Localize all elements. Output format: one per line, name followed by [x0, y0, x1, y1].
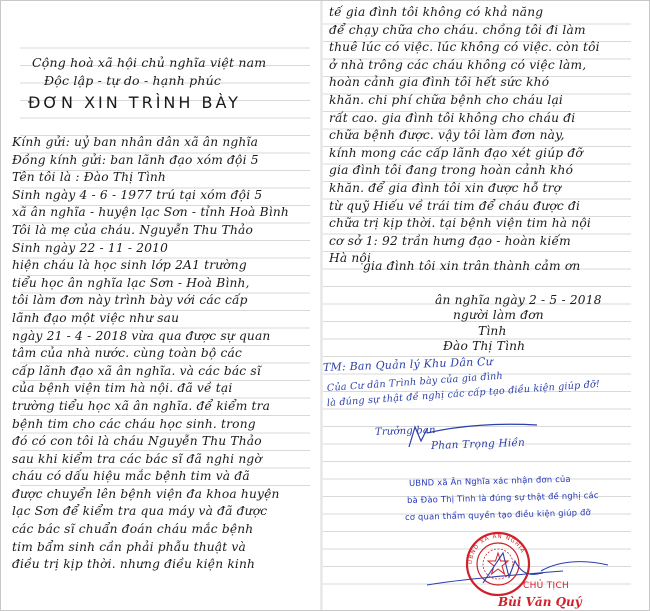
text-line: tim bẩm sinh cần phải phẫu thuật và	[12, 539, 289, 557]
text-line: để chạy chữa cho cháu. chồng tôi đi làm	[329, 22, 600, 40]
text-line: cháu có dấu hiệu mắc bệnh tim và đã	[12, 468, 289, 486]
text-line: tâm của nhà nước. cùng toàn bộ các	[12, 345, 289, 363]
country-name-line: Cộng hoà xã hội chủ nghĩa việt nam	[32, 54, 266, 72]
text-line: các bác sĩ chuẩn đoán cháu mắc bệnh	[12, 521, 289, 539]
text-line: chữa trị kịp thời. tại bệnh viện tim hà …	[329, 215, 600, 233]
text-line: điều trị kịp thời. nhưng điều kiện kinh	[12, 556, 289, 574]
text-line: xã ân nghĩa - huyện lạc Sơn - tỉnh Hoà B…	[12, 204, 289, 222]
text-line: ngày 21 - 4 - 2018 vừa qua được sự quan	[12, 328, 289, 346]
text-line: gia đình tôi đang trong hoàn cảnh khó	[329, 162, 600, 180]
text-line: bệnh tim cho các cháu học sinh. trong	[12, 416, 289, 434]
text-line: cấp lãnh đạo xã ân nghĩa. và các bác sĩ	[12, 363, 289, 381]
text-line: cơ sở 1: 92 trần hưng đạo - hoàn kiếm	[329, 233, 600, 251]
text-line: của bệnh viện tim hà nội. đã về tại	[12, 380, 289, 398]
text-line: chữa bệnh được. vậy tôi làm đơn này,	[329, 127, 600, 145]
applicant-name: Đào Thị Tình	[443, 338, 525, 356]
text-line: Tôi là mẹ của cháu. Nguyễn Thu Thảo	[12, 222, 289, 240]
text-line: Đồng kính gửi: ban lãnh đạo xóm đội 5	[12, 152, 289, 170]
text-line: Sinh ngày 22 - 11 - 2010	[12, 240, 289, 258]
text-line: Sinh ngày 4 - 6 - 1977 trú tại xóm đội 5	[12, 187, 289, 205]
text-line: khăn. chi phí chữa bệnh cho cháu lại	[329, 92, 600, 110]
text-line: hiện cháu là học sinh lớp 2A1 trường	[12, 257, 289, 275]
closing-thanks: gia đình tôi xin trân thành cảm ơn	[363, 258, 580, 276]
text-line: hoàn cảnh gia đình tôi hết sức khó	[329, 74, 600, 92]
commune-confirmation: UBND xã Ân Nghĩa xác nhận đơn của bà Đào…	[409, 475, 599, 526]
motto-line: Độc lập - tự do - hạnh phúc	[44, 72, 266, 90]
right-body-text: tế gia đình tôi không có khả năngđể chạy…	[329, 4, 600, 268]
left-page: Cộng hoà xã hội chủ nghĩa việt nam Độc l…	[2, 1, 320, 610]
text-line: Tên tôi là : Đào Thị Tình	[12, 169, 289, 187]
text-line: từ quỹ Hiếu về trái tim để cháu được đi	[329, 198, 600, 216]
text-line: kính mong các cấp lãnh đạo xét giúp đỡ	[329, 145, 600, 163]
text-line: thuê lúc có việc. lúc không có việc. còn…	[329, 39, 600, 57]
text-line: tiểu học ân nghĩa lạc Sơn - Hoà Bình,	[12, 275, 289, 293]
national-motto: Cộng hoà xã hội chủ nghĩa việt nam Độc l…	[32, 54, 266, 89]
text-line: khăn. để gia đình tôi xin được hỗ trợ	[329, 180, 600, 198]
text-line: ở nhà trông các cháu không có việc làm,	[329, 57, 600, 75]
text-line: đó có con tôi là cháu Nguyễn Thu Thảo	[12, 433, 289, 451]
text-line: trường tiểu học xã ân nghĩa. để kiểm tra	[12, 398, 289, 416]
text-line: lãnh đạo một việc như sau	[12, 310, 289, 328]
text-line: lạc Sơn để kiểm tra qua máy và đã được	[12, 503, 289, 521]
applicant-label: người làm đơn	[453, 307, 544, 325]
left-body-text: Kính gửi: uỷ ban nhân dân xã ân nghĩaĐồn…	[12, 134, 289, 574]
text-line: được chuyển lên bệnh viện đa khoa huyện	[12, 486, 289, 504]
chairman-name: Bùi Văn Quý	[498, 595, 582, 609]
document-frame: Cộng hoà xã hội chủ nghĩa việt nam Độc l…	[0, 0, 650, 611]
text-line: tôi làm đơn này trình bày với các cấp	[12, 292, 289, 310]
chairman-signature-stroke	[423, 549, 613, 589]
right-page: tế gia đình tôi không có khả năngđể chạy…	[323, 1, 649, 610]
text-line: tế gia đình tôi không có khả năng	[329, 4, 600, 22]
text-line: Kính gửi: uỷ ban nhân dân xã ân nghĩa	[12, 134, 289, 152]
text-line: sau khi kiểm tra các bác sĩ đã nghi ngờ	[12, 451, 289, 469]
document-title: ĐƠN XIN TRÌNH BÀY	[28, 93, 241, 112]
chairman-title: CHỦ TỊCH	[523, 581, 569, 591]
text-line: rất cao. gia đình tôi không cho cháu đi	[329, 110, 600, 128]
confirmation-line: cơ quan thẩm quyền tạo điều kiện giúp đỡ	[405, 504, 599, 526]
